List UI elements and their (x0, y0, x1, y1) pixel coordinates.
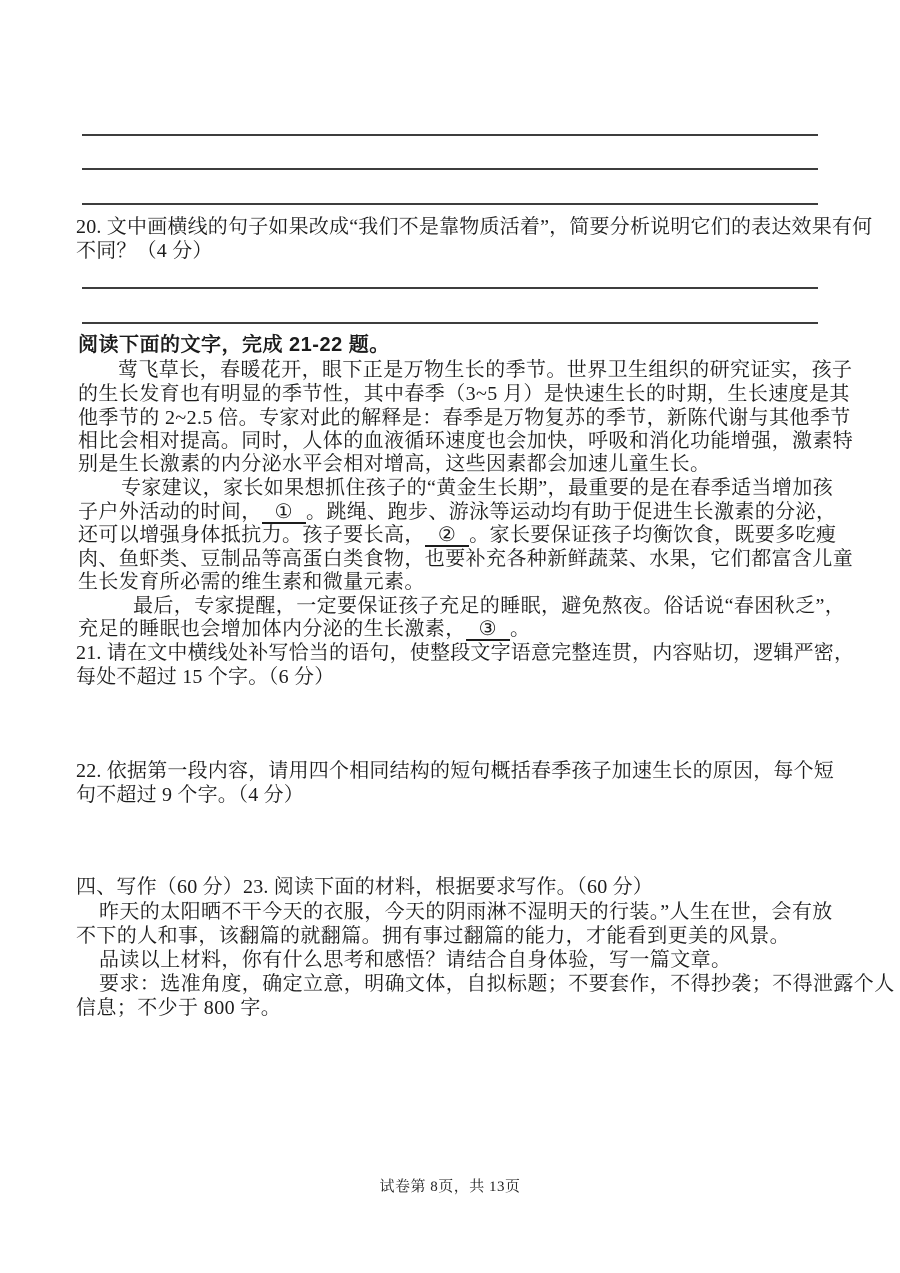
fill-blank-2: ② (425, 526, 469, 547)
question-21-line-2: 每处不超过 15 个字。（6 分） (76, 666, 334, 689)
circled-number-1: ① (275, 501, 293, 523)
writing-section-heading: 四、写作（60 分）23. 阅读下面的材料，根据要求写作。（60 分） (76, 876, 653, 899)
passage-line: 还可以增强身体抵抗力。孩子要长高，②。家长要保证孩子均衡饮食，既要多吃瘦 (78, 524, 836, 547)
answer-line (82, 168, 818, 170)
passage-text: 。家长要保证孩子均衡饮食，既要多吃瘦 (469, 524, 836, 546)
page-number-footer: 试卷第 8页，共 13页 (0, 1175, 900, 1196)
passage-line: 最后，专家提醒，一定要保证孩子充足的睡眠，避免熬夜。俗话说“春困秋乏”， (133, 595, 845, 618)
answer-line (82, 287, 818, 289)
passage-line: 生长发育所必需的维生素和微量元素。 (78, 571, 425, 594)
passage-line: 他季节的 2~2.5 倍。专家对此的解释是：春季是万物复苏的季节，新陈代谢与其他… (78, 407, 851, 430)
exam-page: 20. 文中画横线的句子如果改成“我们不是靠物质活着”，简要分析说明它们的表达效… (0, 0, 900, 1273)
passage-text: 。跳绳、跑步、游泳等运动均有助于促进生长激素的分泌， (306, 501, 836, 523)
writing-material-line: 信息；不少于 800 字。 (76, 997, 281, 1020)
question-21-line-1: 21. 请在文中横线处补写恰当的语句，使整段文字语意完整连贯，内容贴切，逻辑严密… (76, 642, 854, 665)
fill-blank-3: ③ (466, 620, 510, 641)
answer-line (82, 322, 818, 324)
circled-number-3: ③ (479, 618, 497, 640)
passage-line: 专家建议，家长如果想抓住孩子的“黄金生长期”，最重要的是在春季适当增加孩 (121, 477, 833, 500)
writing-material-line: 要求：选准角度，确定立意，明确文体，自拟标题；不要套作，不得抄袭；不得泄露个人 (99, 973, 895, 996)
writing-material-line: 品读以上材料，你有什么思考和感悟？请结合自身体验，写一篇文章。 (99, 949, 731, 972)
answer-line (82, 203, 818, 205)
passage-text: 还可以增强身体抵抗力。孩子要长高， (78, 524, 425, 546)
question-20-line-2: 不同？（4 分） (76, 240, 213, 263)
question-22-line-2: 句不超过 9 个字。（4 分） (76, 784, 304, 807)
writing-material-line: 昨天的太阳晒不干今天的衣服，今天的阴雨淋不湿明天的行装。”人生在世，会有放 (99, 901, 833, 924)
reading-section-heading: 阅读下面的文字，完成 21-22 题。 (78, 334, 390, 357)
passage-line: 充足的睡眠也会增加体内分泌的生长激素，③。 (78, 618, 530, 641)
passage-line: 相比会相对提高。同时，人体的血液循环速度也会加快，呼吸和消化功能增强，激素特 (78, 430, 853, 453)
passage-line: 莺飞草长，春暖花开，眼下正是万物生长的季节。世界卫生组织的研究证实，孩子 (118, 359, 852, 382)
passage-line: 的生长发育也有明显的季节性，其中春季（3~5 月）是快速生长的时期，生长速度是其 (78, 383, 850, 406)
passage-line: 子户外活动的时间，①。跳绳、跑步、游泳等运动均有助于促进生长激素的分泌， (78, 501, 836, 524)
writing-material-line: 不下的人和事，该翻篇的就翻篇。拥有事过翻篇的能力，才能看到更美的风景。 (76, 925, 790, 948)
question-22-line-1: 22. 依据第一段内容，请用四个相同结构的短句概括春季孩子加速生长的原因，每个短 (76, 760, 834, 783)
question-20-line-1: 20. 文中画横线的句子如果改成“我们不是靠物质活着”，简要分析说明它们的表达效… (76, 216, 872, 239)
circled-number-2: ② (438, 524, 456, 546)
passage-text: 充足的睡眠也会增加体内分泌的生长激素， (78, 618, 466, 640)
answer-line (82, 134, 818, 136)
passage-line: 别是生长激素的内分泌水平会相对增高，这些因素都会加速儿童生长。 (78, 453, 710, 476)
fill-blank-1: ① (262, 503, 306, 524)
passage-line: 肉、鱼虾类、豆制品等高蛋白类食物，也要补充各种新鲜蔬菜、水果，它们都富含儿童 (78, 548, 853, 571)
passage-text: 。 (510, 618, 530, 640)
passage-text: 子户外活动的时间， (78, 501, 262, 523)
